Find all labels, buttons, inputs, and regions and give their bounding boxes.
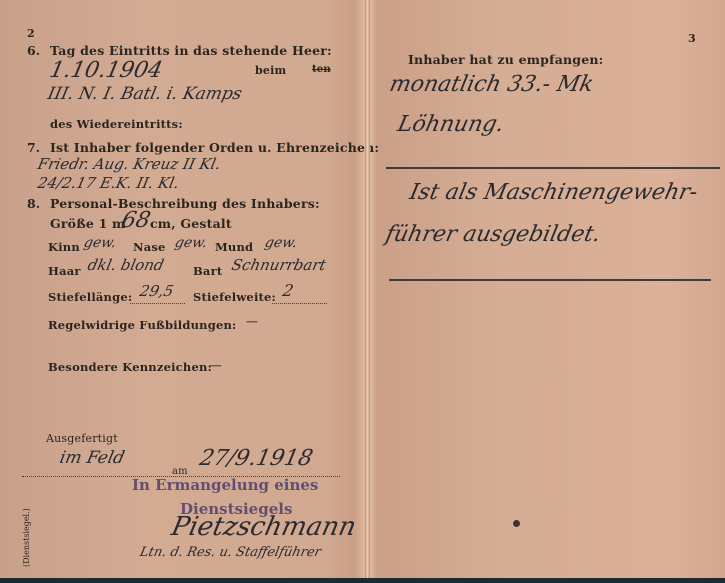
entry-unit-handwritten: III. N. I. Batl. i. Kamps <box>46 84 244 104</box>
issuance-date: 27/9.1918 <box>197 446 315 471</box>
item-6-number: 6. <box>27 43 40 58</box>
reentry-label: des Wiedereintritts: <box>50 117 183 131</box>
kennzeichen-value: — <box>209 358 224 372</box>
stiefelweite-label: Stiefelweite: <box>193 290 276 304</box>
rule-1 <box>386 167 720 169</box>
empfangen-heading: Inhaber hat zu empfangen: <box>408 52 604 67</box>
item-8-label: Personal-Beschreibung des Inhabers: <box>50 196 320 211</box>
fussbildungen-label: Regelwidrige Fußbildungen: <box>48 318 236 332</box>
item-8-number: 8. <box>27 196 40 211</box>
page-number-left: 2 <box>27 27 35 40</box>
right-page: 3 Inhaber hat zu empfangen: monatlich 33… <box>370 0 725 578</box>
stiefelweite-value: 2 <box>281 281 295 300</box>
signature: Pietzschmann <box>169 512 359 542</box>
stiefellaenge-line <box>130 303 185 304</box>
groesse-label: Größe 1 m <box>50 216 125 231</box>
dienstsiegel-label: (Dienstsiegel.) <box>22 508 31 567</box>
issuance-place: im Feld <box>58 448 126 468</box>
entry-date-handwritten: 1.10.1904 <box>47 58 164 83</box>
mund-label: Mund <box>215 240 253 254</box>
item-7-label: Ist Inhaber folgender Orden u. Ehrenzeic… <box>50 140 379 155</box>
note-line-1: Ist als Maschinengewehr- <box>407 180 699 205</box>
beim-label: beim <box>255 64 286 77</box>
ausgefertigt-label: Ausgefertigt <box>46 432 118 445</box>
stiefelweite-line <box>272 303 327 304</box>
rule-2 <box>389 279 711 281</box>
haar-label: Haar <box>48 264 81 278</box>
kennzeichen-label: Besondere Kennzeichen: <box>48 360 212 374</box>
haar-value: dkl. blond <box>86 256 166 274</box>
signature-title: Ltn. d. Res. u. Staffelführer <box>138 545 322 560</box>
stiefellaenge-label: Stiefellänge: <box>48 290 132 304</box>
pay-line-2: Löhnung. <box>395 112 506 137</box>
item-6-label: Tag des Eintritts in das stehende Heer: <box>50 43 332 58</box>
item-7-number: 7. <box>27 140 40 155</box>
nase-value: gew. <box>173 235 208 251</box>
open-booklet: 2 6. Tag des Eintritts in das stehende H… <box>0 0 725 578</box>
decorations-line-1: Friedr. Aug. Kreuz II Kl. <box>36 155 222 173</box>
nase-label: Nase <box>133 240 166 254</box>
page-number-right: 3 <box>688 32 696 45</box>
groesse-unit: cm, Gestalt <box>150 216 232 231</box>
stiefellaenge-value: 29,5 <box>138 282 175 300</box>
fussbildungen-value: — <box>245 314 260 328</box>
bart-value: Schnurrbart <box>230 256 328 274</box>
kinn-value: gew. <box>82 235 117 251</box>
left-page: 2 6. Tag des Eintritts in das stehende H… <box>0 0 366 578</box>
mund-value: gew. <box>263 235 298 251</box>
groesse-value: 68 <box>119 208 152 233</box>
struck-suffix: ten <box>312 64 331 75</box>
stamp-line-1: In Ermangelung eines <box>132 476 318 494</box>
ink-speck <box>513 520 520 527</box>
kinn-label: Kinn <box>48 240 80 254</box>
decorations-line-2: 24/2.17 E.K. II. Kl. <box>36 174 181 192</box>
pay-line-1: monatlich 33.- Mk <box>387 72 595 97</box>
bart-label: Bart <box>193 264 222 278</box>
note-line-2: führer ausgebildet. <box>383 222 603 247</box>
